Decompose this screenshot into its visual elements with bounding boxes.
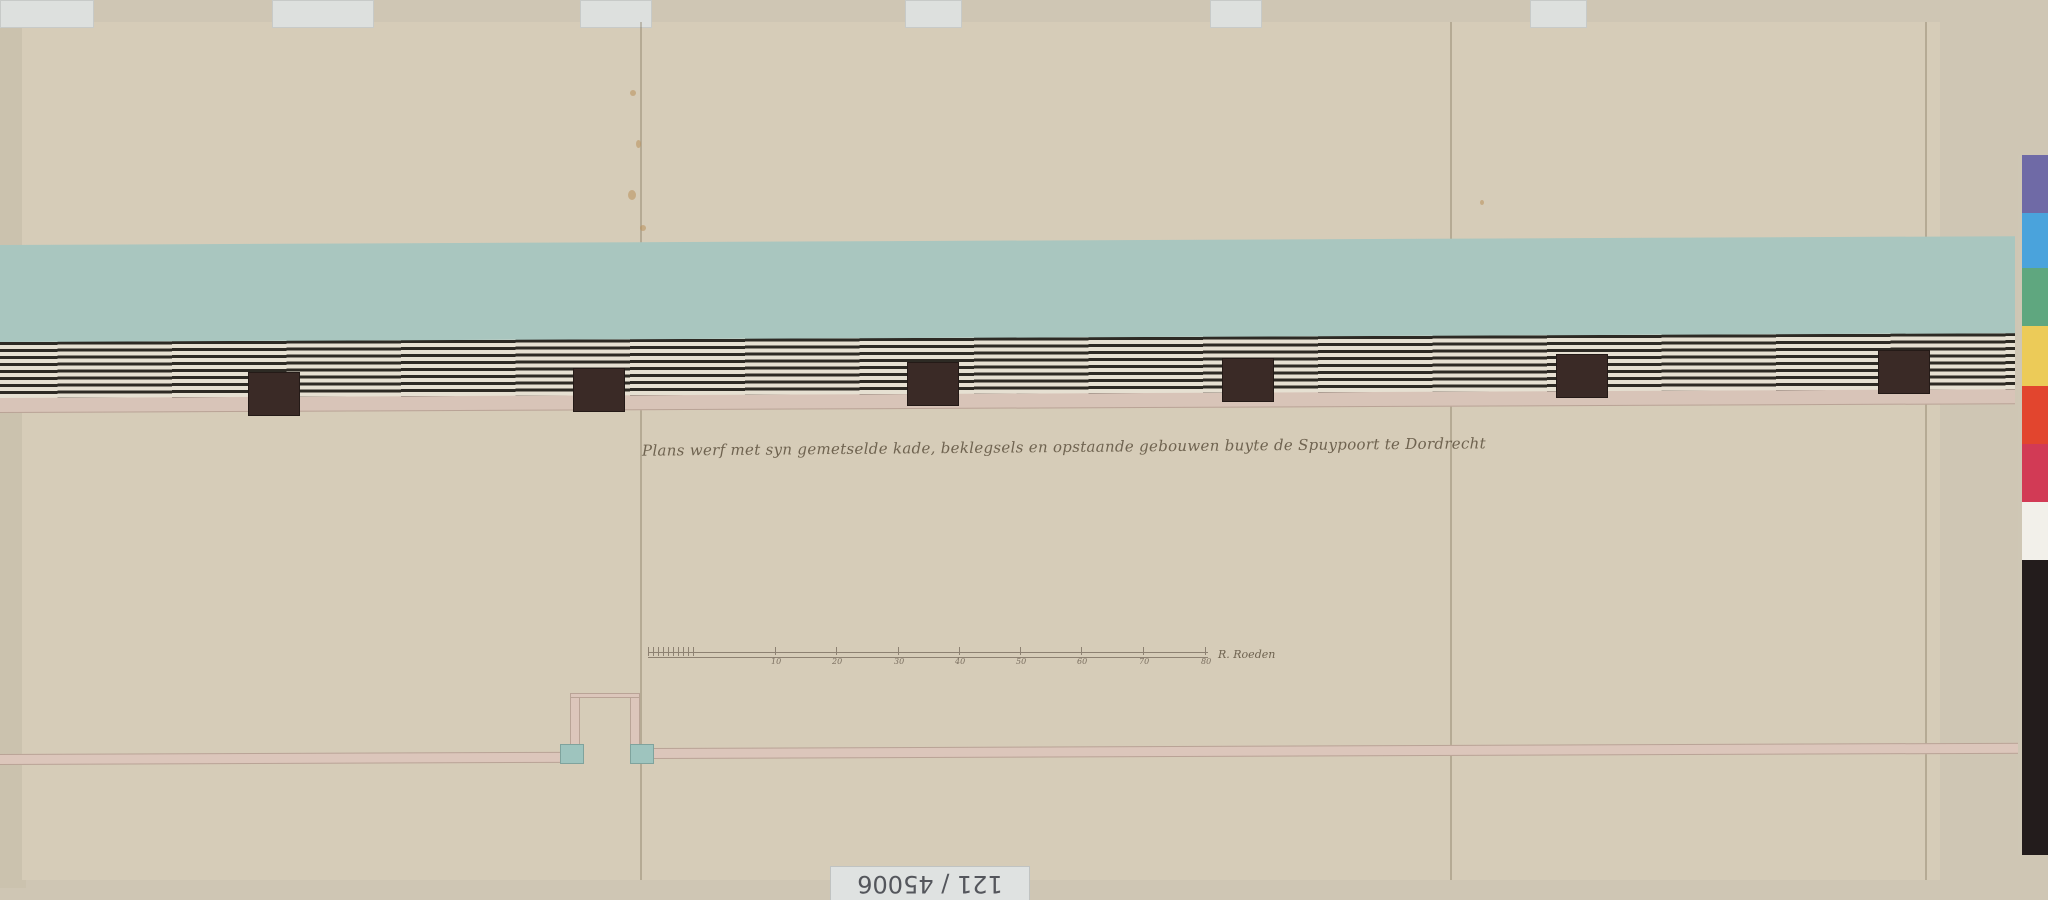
scale-tick — [1020, 647, 1021, 655]
swatch-blue — [2022, 213, 2048, 268]
color-calibration-chart — [2018, 155, 2048, 855]
pier-block — [1878, 350, 1930, 394]
pier-block — [248, 372, 300, 416]
scale-tick-label: 70 — [1139, 657, 1149, 666]
gate-wall-left — [570, 693, 580, 747]
scale-tick — [1205, 647, 1206, 655]
swatch-magenta — [2022, 444, 2048, 502]
swatch-black — [2022, 560, 2048, 855]
scale-tick-label: 10 — [771, 657, 781, 666]
pier-block — [573, 368, 625, 412]
swatch-yellow — [2022, 326, 2048, 386]
scale-tick — [1143, 647, 1144, 655]
scale-tick — [775, 647, 776, 655]
scale-tick-label: 40 — [955, 657, 965, 666]
scale-tick-label: 30 — [894, 657, 904, 666]
scale-tick-label: 20 — [832, 657, 842, 666]
mounting-tape — [905, 0, 962, 28]
scale-tick-label: 80 — [1201, 657, 1211, 666]
gate-foundation-right — [630, 744, 654, 764]
scale-tick — [898, 647, 899, 655]
scale-tick — [1081, 647, 1082, 655]
foxing-stain — [1480, 200, 1484, 205]
swatch-white — [2022, 502, 2048, 560]
pier-block — [907, 362, 959, 406]
mounting-tape — [0, 0, 94, 28]
mounting-tape — [272, 0, 374, 28]
foxing-stain — [628, 190, 636, 200]
scale-bar — [648, 652, 1208, 658]
scale-unit-label: R. Roeden — [1218, 648, 1275, 661]
mounting-tape — [1210, 0, 1262, 28]
swatch-red — [2022, 386, 2048, 444]
gate-foundation-left — [560, 744, 584, 764]
scale-tick-label: 50 — [1016, 657, 1026, 666]
foxing-stain — [630, 90, 636, 96]
swatch-violet — [2022, 155, 2048, 213]
gate-lintel — [570, 693, 640, 698]
foxing-stain — [640, 225, 646, 231]
scale-tick-label: 60 — [1077, 657, 1087, 666]
gate-wall-right — [630, 693, 640, 747]
scale-tick — [959, 647, 960, 655]
archive-number-label: 121 / 45006 — [830, 866, 1030, 900]
pier-block — [1222, 358, 1274, 402]
pier-block — [1556, 354, 1608, 398]
foxing-stain — [636, 140, 641, 148]
mounting-tape — [1530, 0, 1587, 28]
river-water — [0, 236, 2015, 345]
ground-line-left — [0, 752, 560, 765]
swatch-green — [2022, 268, 2048, 326]
scale-subdivisions — [648, 647, 696, 656]
scale-tick — [836, 647, 837, 655]
